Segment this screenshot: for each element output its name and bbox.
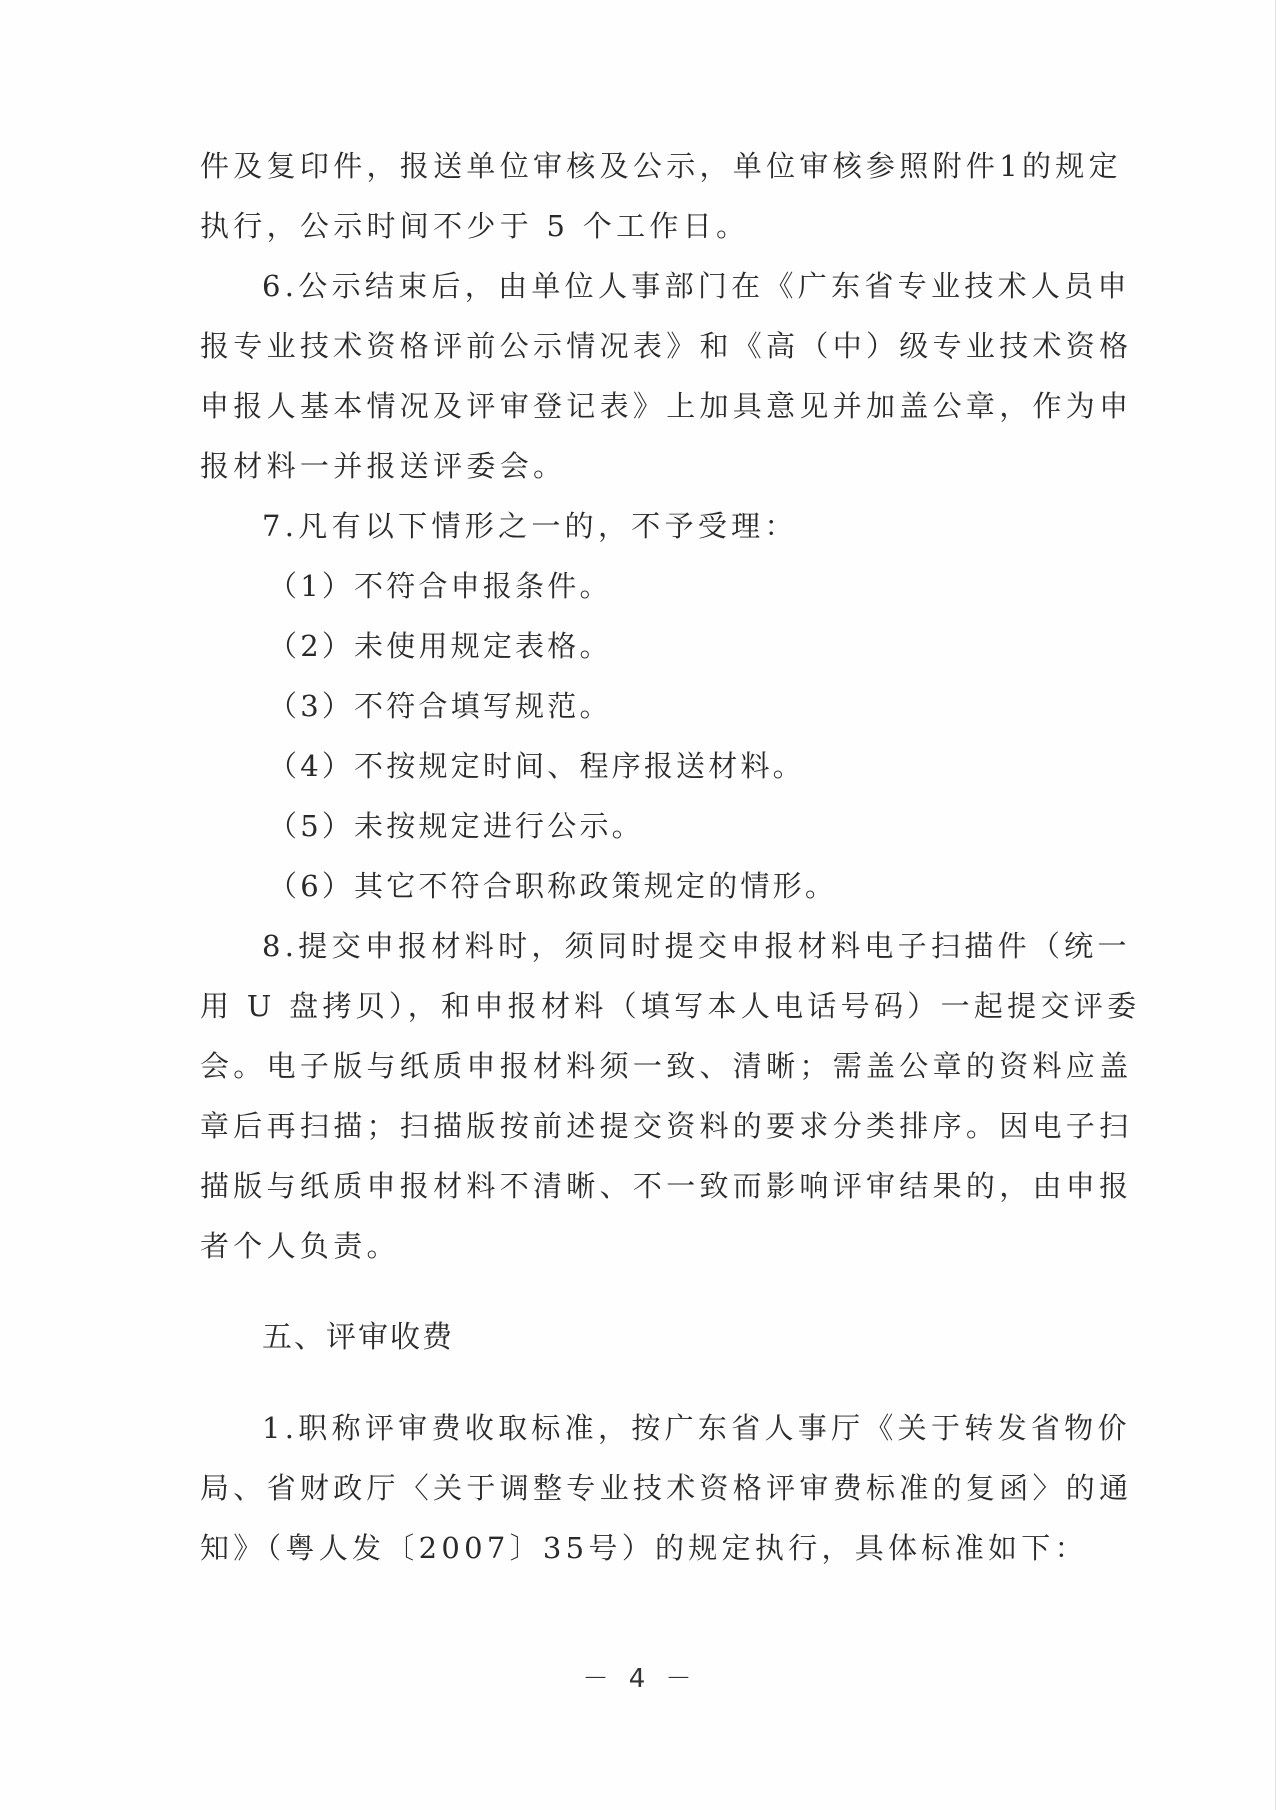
text-line: 报材料一并报送评委会。 xyxy=(200,446,1090,486)
list-item: （6）其它不符合职称政策规定的情形。 xyxy=(268,866,1158,906)
text-line: 会。电子版与纸质申报材料须一致、清晰；需盖公章的资料应盖 xyxy=(200,1046,1090,1086)
scan-edge-divider xyxy=(1275,0,1276,1810)
list-item: （4）不按规定时间、程序报送材料。 xyxy=(268,746,1158,786)
paragraph-6-start: 6.公示结束后，由单位人事部门在《广东省专业技术人员申 xyxy=(262,266,1152,306)
paragraph-7-start: 7.凡有以下情形之一的，不予受理： xyxy=(262,506,1152,546)
list-item: （3）不符合填写规范。 xyxy=(268,686,1158,726)
paragraph-8-start: 8.提交申报材料时，须同时提交申报材料电子扫描件（统一 xyxy=(262,926,1152,966)
text-line: 用 U 盘拷贝），和申报材料（填写本人电话号码）一起提交评委 xyxy=(200,986,1090,1026)
text-line: 执行，公示时间不少于 5 个工作日。 xyxy=(200,206,1090,246)
list-item: （5）未按规定进行公示。 xyxy=(268,806,1158,846)
section-heading: 五、评审收费 xyxy=(262,1318,1152,1358)
page-number: － 4 － xyxy=(0,1658,1280,1695)
text-line: 知》（粤人发〔2007〕35号）的规定执行，具体标准如下： xyxy=(200,1528,1090,1568)
paragraph-fee-1-start: 1.职称评审费收取标准，按广东省人事厅《关于转发省物价 xyxy=(262,1408,1152,1448)
text-line: 者个人负责。 xyxy=(200,1226,1090,1266)
text-line: 章后再扫描；扫描版按前述提交资料的要求分类排序。因电子扫 xyxy=(200,1106,1090,1146)
list-item: （2）未使用规定表格。 xyxy=(268,626,1158,666)
text-line: 件及复印件，报送单位审核及公示，单位审核参照附件1的规定 xyxy=(200,146,1090,186)
text-line: 局、省财政厅〈关于调整专业技术资格评审费标准的复函〉的通 xyxy=(200,1468,1090,1508)
list-item: （1）不符合申报条件。 xyxy=(268,566,1158,606)
document-page: 件及复印件，报送单位审核及公示，单位审核参照附件1的规定 执行，公示时间不少于 … xyxy=(0,0,1280,1810)
text-line: 申报人基本情况及评审登记表》上加具意见并加盖公章，作为申 xyxy=(200,386,1090,426)
text-line: 描版与纸质申报材料不清晰、不一致而影响评审结果的，由申报 xyxy=(200,1166,1090,1206)
text-line: 报专业技术资格评前公示情况表》和《高（中）级专业技术资格 xyxy=(200,326,1090,366)
